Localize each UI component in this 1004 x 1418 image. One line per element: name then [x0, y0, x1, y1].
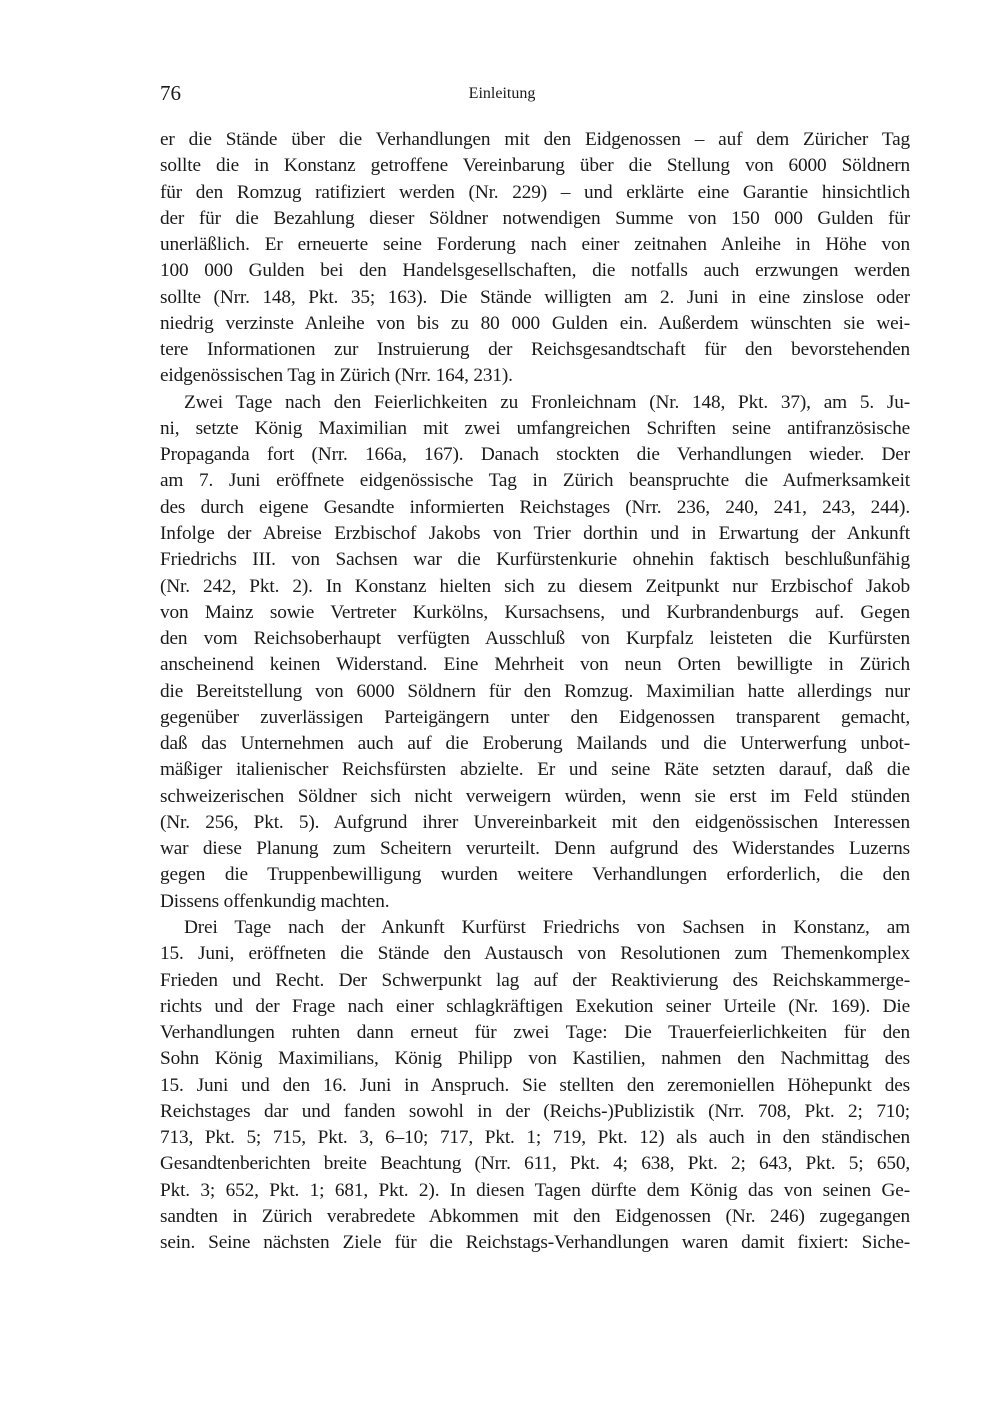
text-line: Gesandtenberichten breite Beachtung (Nrr… — [160, 1151, 910, 1177]
text-line: mäßiger italienischer Reichsfürsten abzi… — [160, 757, 910, 783]
text-line: (Nr. 242, Pkt. 2). In Konstanz hielten s… — [160, 574, 910, 600]
text-line: Zwei Tage nach den Feierlichkeiten zu Fr… — [160, 390, 910, 416]
text-line: Propaganda fort (Nrr. 166a, 167). Danach… — [160, 442, 910, 468]
text-line: daß das Unternehmen auch auf die Eroberu… — [160, 731, 910, 757]
text-line: des durch eigene Gesandte informierten R… — [160, 495, 910, 521]
text-line: sollte die in Konstanz getroffene Verein… — [160, 153, 910, 179]
text-line: sein. Seine nächsten Ziele für die Reich… — [160, 1230, 910, 1256]
text-line: die Bereitstellung von 6000 Söldnern für… — [160, 679, 910, 705]
text-line: am 7. Juni eröffnete eidgenössische Tag … — [160, 468, 910, 494]
text-line: er die Stände über die Verhandlungen mit… — [160, 127, 910, 153]
text-line: für den Romzug ratifiziert werden (Nr. 2… — [160, 180, 910, 206]
text-line: eidgenössischen Tag in Zürich (Nrr. 164,… — [160, 363, 910, 389]
text-line: Pkt. 3; 652, Pkt. 1; 681, Pkt. 2). In di… — [160, 1178, 910, 1204]
text-line: richts und der Frage nach einer schlagkr… — [160, 994, 910, 1020]
text-line: Friedrichs III. von Sachsen war die Kurf… — [160, 547, 910, 573]
paragraph-3: Drei Tage nach der Ankunft Kurfürst Frie… — [160, 915, 910, 1256]
text-line: der für die Bezahlung dieser Söldner not… — [160, 206, 910, 232]
text-line: unerläßlich. Er erneuerte seine Forderun… — [160, 232, 910, 258]
text-line: Reichstages dar und fanden sowohl in der… — [160, 1099, 910, 1125]
text-line: Infolge der Abreise Erzbischof Jakobs vo… — [160, 521, 910, 547]
text-line: von Mainz sowie Vertreter Kurkölns, Kurs… — [160, 600, 910, 626]
text-line: 100 000 Gulden bei den Handelsgesellscha… — [160, 258, 910, 284]
text-line: sollte (Nrr. 148, Pkt. 35; 163). Die Stä… — [160, 285, 910, 311]
text-line: 713, Pkt. 5; 715, Pkt. 3, 6–10; 717, Pkt… — [160, 1125, 910, 1151]
text-line: Frieden und Recht. Der Schwerpunkt lag a… — [160, 968, 910, 994]
text-line: Dissens offenkundig machten. — [160, 889, 910, 915]
text-line: Drei Tage nach der Ankunft Kurfürst Frie… — [160, 915, 910, 941]
text-line: den vom Reichsoberhaupt verfügten Aussch… — [160, 626, 910, 652]
text-line: anscheinend keinen Widerstand. Eine Mehr… — [160, 652, 910, 678]
text-line: sandten in Zürich verabredete Abkommen m… — [160, 1204, 910, 1230]
text-line: gegenüber zuverlässigen Parteigängern un… — [160, 705, 910, 731]
text-line: war diese Planung zum Scheitern verurtei… — [160, 836, 910, 862]
text-line: tere Informationen zur Instruierung der … — [160, 337, 910, 363]
running-head: Einleitung — [0, 83, 1004, 105]
text-line: Sohn König Maximilians, König Philipp vo… — [160, 1046, 910, 1072]
text-line: 15. Juni, eröffneten die Stände den Aust… — [160, 941, 910, 967]
text-line: gegen die Truppenbewilligung wurden weit… — [160, 862, 910, 888]
text-line: 15. Juni und den 16. Juni in Anspruch. S… — [160, 1073, 910, 1099]
paragraph-2: Zwei Tage nach den Feierlichkeiten zu Fr… — [160, 390, 910, 915]
paragraph-1: er die Stände über die Verhandlungen mit… — [160, 127, 910, 390]
text-line: schweizerischen Söldner sich nicht verwe… — [160, 784, 910, 810]
text-line: (Nr. 256, Pkt. 5). Aufgrund ihrer Unvere… — [160, 810, 910, 836]
text-line: niedrig verzinste Anleihe von bis zu 80 … — [160, 311, 910, 337]
body-text: er die Stände über die Verhandlungen mit… — [160, 127, 910, 1256]
text-line: Verhandlungen ruhten dann erneut für zwe… — [160, 1020, 910, 1046]
text-line: ni, setzte König Maximilian mit zwei umf… — [160, 416, 910, 442]
